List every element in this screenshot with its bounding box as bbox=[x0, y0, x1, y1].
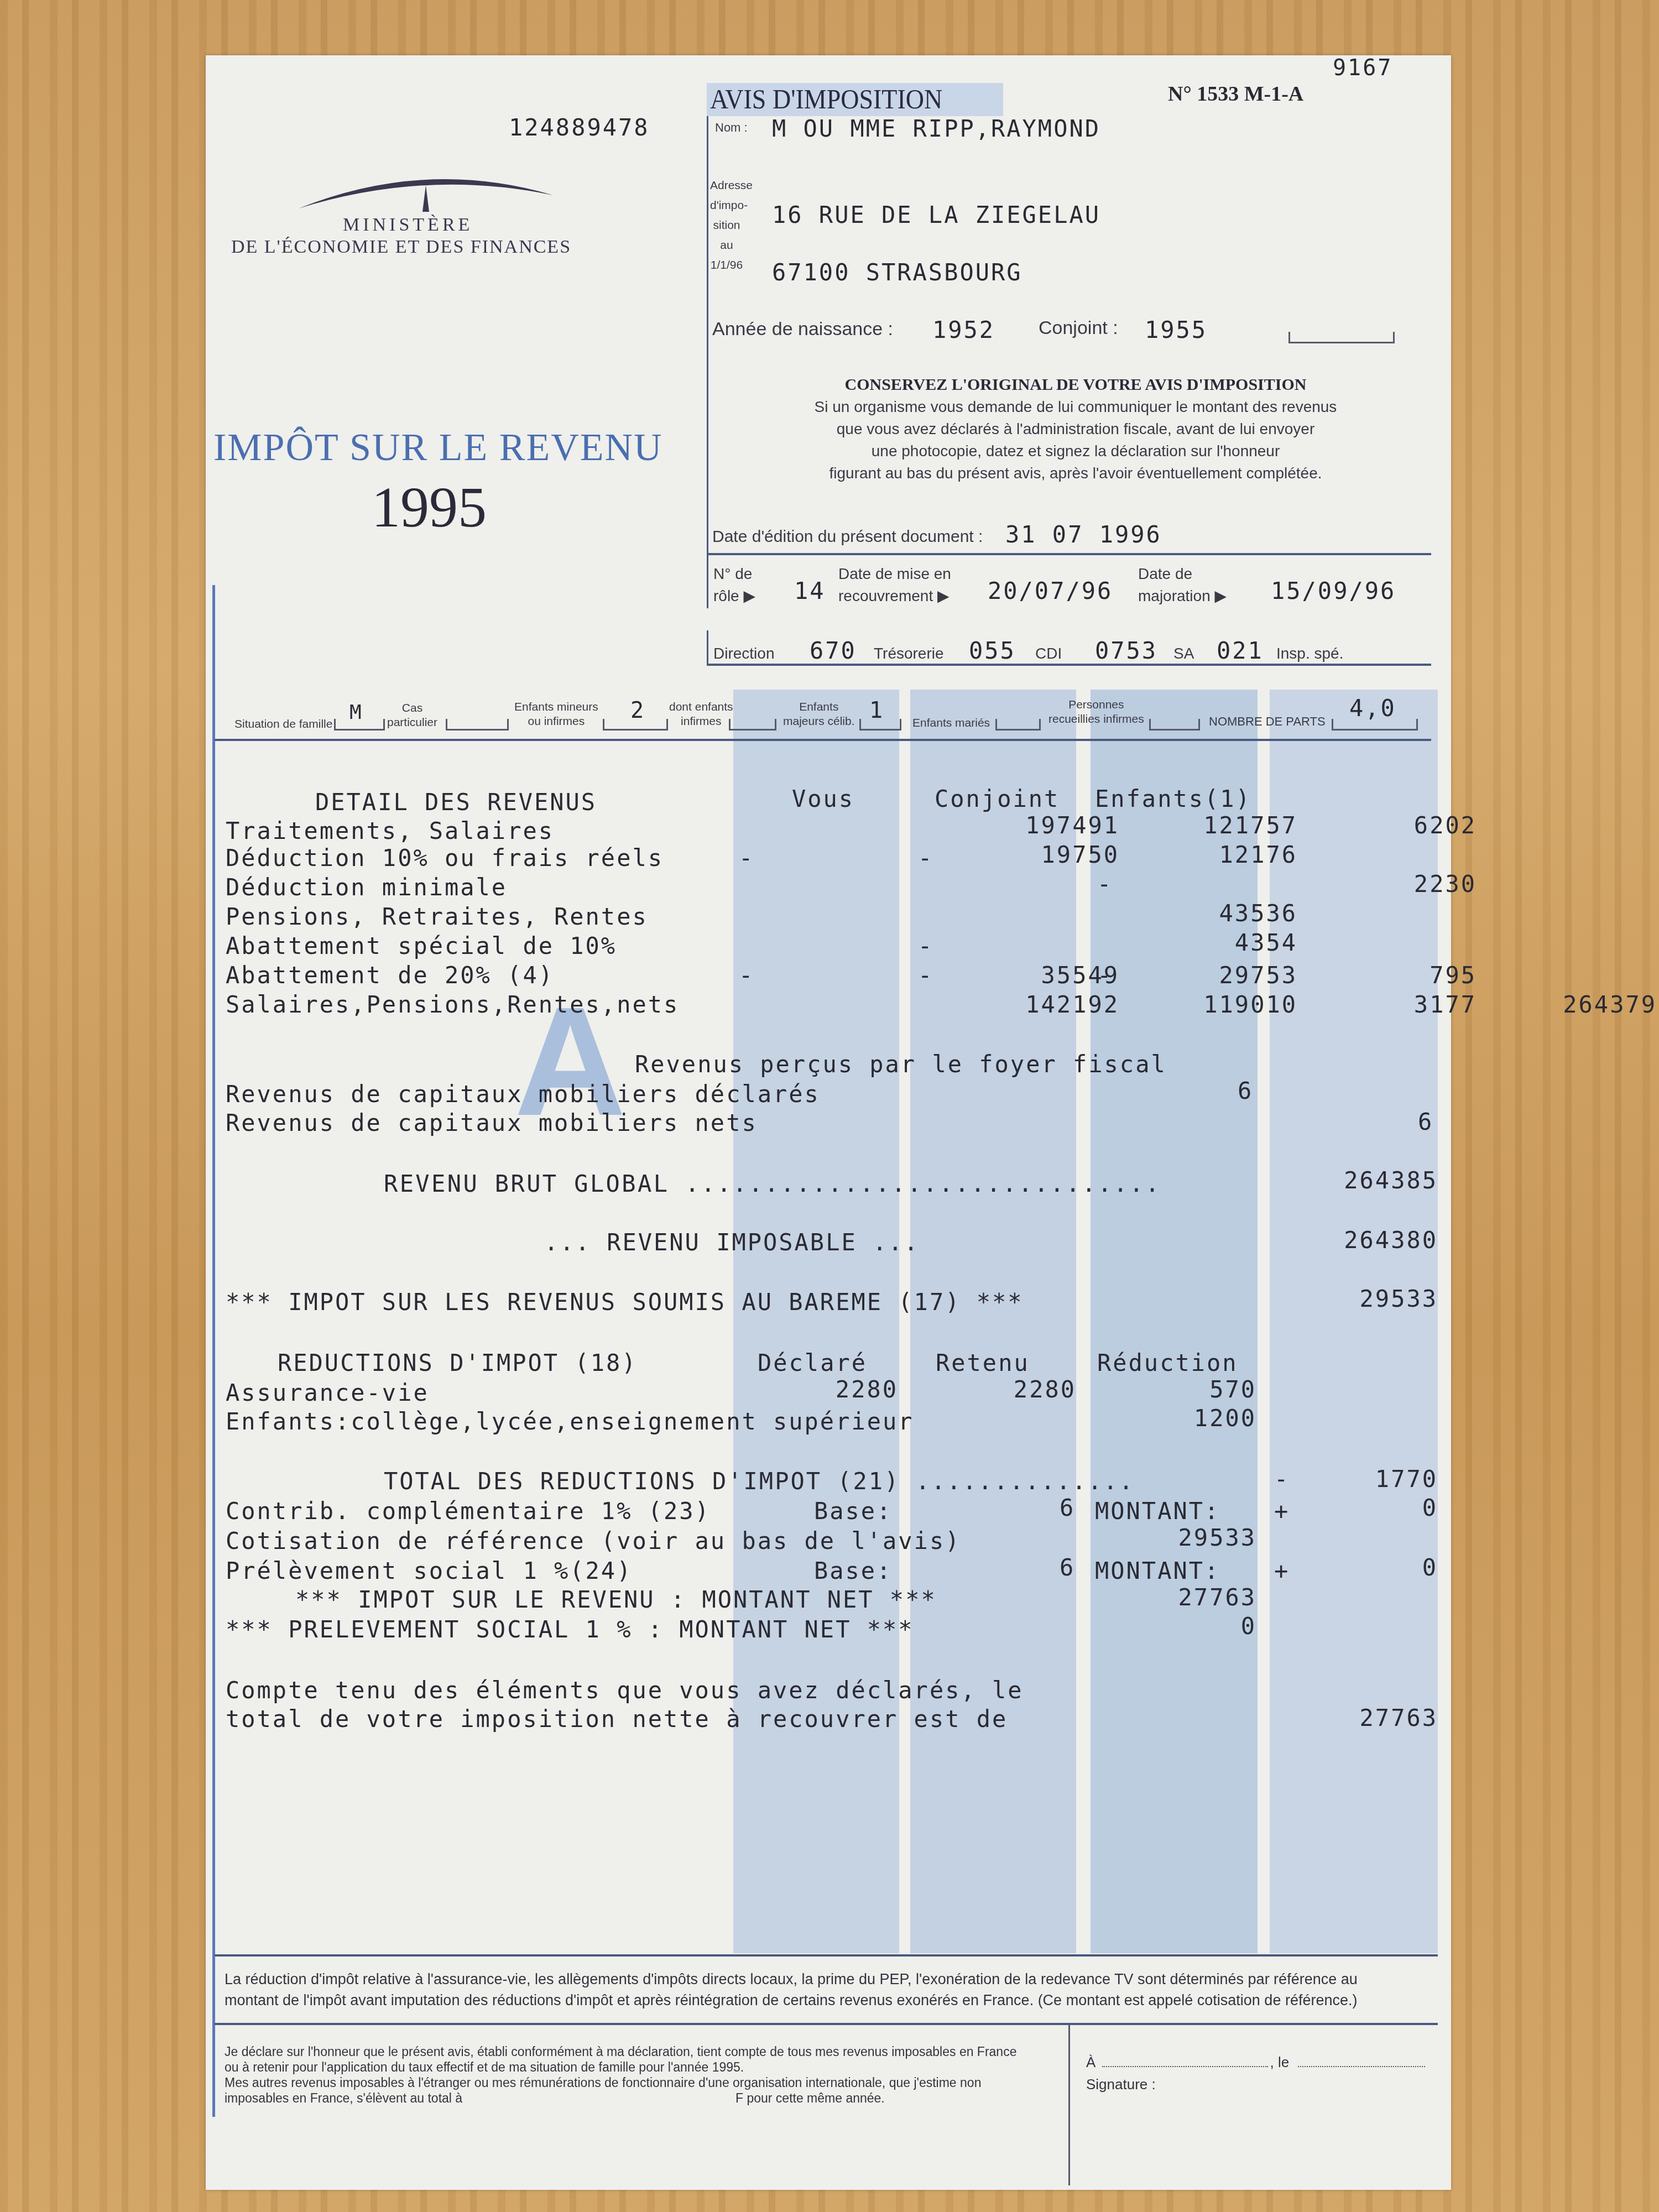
tresorerie-label: Trésorerie bbox=[874, 645, 944, 662]
table-row: Abattement spécial de 10% - 4354 bbox=[226, 932, 1442, 962]
row-vous: 197491 bbox=[1025, 812, 1119, 839]
address-label-line: 1/1/96 bbox=[710, 255, 743, 275]
situation-label: Situation de famille bbox=[234, 718, 332, 731]
tax-year: 1995 bbox=[372, 474, 487, 540]
majoration-label-line: majoration ▶ bbox=[1138, 585, 1227, 607]
tax-title: IMPÔT SUR LE REVENU bbox=[213, 426, 663, 470]
recouvrement-label: Date de mise en recouvrement ▶ bbox=[838, 563, 951, 607]
parts-label: NOMBRE DE PARTS bbox=[1209, 714, 1326, 729]
table-row: Déduction minimale - 2230 bbox=[226, 874, 1442, 903]
contrib-base-value: 6 bbox=[1060, 1494, 1075, 1521]
reduction-row-label: Assurance-vie bbox=[226, 1379, 429, 1406]
row-label: Abattement de 20% (4) bbox=[226, 962, 554, 989]
summary-line2: total de votre imposition nette à recouv… bbox=[226, 1705, 1008, 1733]
rcm-declares-value: 6 bbox=[1238, 1077, 1253, 1104]
family-row-bottom-rule bbox=[215, 739, 1431, 741]
col-header-conjoint: Conjoint bbox=[935, 785, 1060, 812]
cas-label-line: particulier bbox=[387, 716, 437, 730]
prelev-montant-value: 0 bbox=[1422, 1554, 1438, 1581]
declaration-block: Je déclare sur l'honneur que le présent … bbox=[225, 2044, 1016, 2106]
net-ir-value: 27763 bbox=[1178, 1584, 1256, 1611]
row-enfants: 6202 bbox=[1414, 812, 1477, 839]
col-header-declare: Déclaré bbox=[758, 1349, 867, 1376]
personnes-label: Personnes recueillies infirmes bbox=[1048, 698, 1144, 727]
address-label-line: au bbox=[710, 236, 743, 255]
reference-number: 124889478 bbox=[509, 114, 650, 141]
recouvrement-date: 20/07/96 bbox=[988, 577, 1113, 604]
declaration-tail: F pour cette même année. bbox=[735, 2090, 885, 2106]
revenus-title: DETAIL DES REVENUS bbox=[315, 789, 597, 816]
majeurs-label-line: majeurs célib. bbox=[783, 714, 855, 729]
revenus-table: Traitements, Salaires 197491 121757 6202… bbox=[226, 815, 1442, 1020]
footer-top-rule bbox=[215, 1954, 1438, 1957]
row-sign-vous: - bbox=[739, 844, 754, 872]
contrib-label: Contrib. complémentaire 1% (23) bbox=[226, 1498, 711, 1525]
edition-label: Date d'édition du présent document : bbox=[712, 528, 983, 546]
table-row: Déduction 10% ou frais réels - 19750 - 1… bbox=[226, 844, 1442, 874]
doc-title: AVIS D'IMPOSITION bbox=[710, 83, 942, 115]
edition-date: 31 07 1996 bbox=[1005, 521, 1162, 548]
declaration-line: Mes autres revenus imposables à l'étrang… bbox=[225, 2075, 1016, 2090]
dont-label-line: infirmes bbox=[669, 714, 733, 729]
row-enfants: 795 bbox=[1430, 962, 1477, 989]
ministry-line2: DE L'ÉCONOMIE ET DES FINANCES bbox=[231, 237, 571, 258]
spouse-label: Conjoint : bbox=[1039, 317, 1118, 339]
row-label: Pensions, Retraites, Rentes bbox=[226, 903, 648, 930]
row-enfants: 2230 bbox=[1414, 870, 1477, 898]
row-conjoint: 121757 bbox=[1203, 812, 1297, 839]
row-conjoint: 43536 bbox=[1219, 900, 1297, 927]
contrib-montant-label: MONTANT: bbox=[1095, 1498, 1220, 1525]
maries-field bbox=[995, 719, 1041, 731]
row-conjoint: 12176 bbox=[1219, 841, 1297, 868]
notice-line: figurant au bas du présent avis, après l… bbox=[713, 462, 1438, 484]
prelev-sign: + bbox=[1274, 1557, 1290, 1584]
row-sign-conjoint: - bbox=[918, 962, 933, 989]
address-box-left-border bbox=[707, 116, 708, 559]
personnes-label-line: recueillies infirmes bbox=[1048, 712, 1144, 727]
signature-field[interactable] bbox=[1086, 2096, 1429, 2179]
notice-line: Si un organisme vous demande de lui comm… bbox=[713, 396, 1438, 418]
col-header-reduction: Réduction bbox=[1097, 1349, 1238, 1376]
net-ps-value: 0 bbox=[1241, 1613, 1256, 1640]
maries-label: Enfants mariés bbox=[912, 717, 990, 730]
top-number: 9167 bbox=[1333, 55, 1392, 81]
total-reductions-value: 1770 bbox=[1375, 1465, 1438, 1493]
ministry-line1: MINISTÈRE bbox=[343, 215, 473, 236]
role-label: N° de rôle ▶ bbox=[713, 563, 755, 607]
row-sign-vous: - bbox=[739, 962, 754, 989]
row-label: Salaires,Pensions,Rentes,nets bbox=[226, 991, 679, 1018]
row-sign-enfants: - bbox=[1097, 962, 1113, 989]
ministry-logo-icon bbox=[293, 169, 559, 213]
row-enfants: 3177 bbox=[1414, 991, 1477, 1018]
place-field[interactable] bbox=[1102, 2066, 1268, 2067]
notice-line: que vous avez déclarés à l'administratio… bbox=[713, 418, 1438, 440]
a-label: À bbox=[1086, 2054, 1095, 2070]
left-margin-rule bbox=[212, 585, 215, 2117]
cdi-value: 0753 bbox=[1095, 637, 1157, 664]
col-header-retenu: Retenu bbox=[936, 1349, 1030, 1376]
majeurs-label: Enfants majeurs célib. bbox=[783, 700, 855, 729]
declaration-line: ou à retenir pour l'application du taux … bbox=[225, 2059, 1016, 2075]
contrib-base-label: Base: bbox=[814, 1498, 892, 1525]
address-label-line: sition bbox=[710, 216, 743, 236]
cdi-label: CDI bbox=[1035, 645, 1062, 662]
rcm-declares-label: Revenus de capitaux mobiliers déclarés bbox=[226, 1081, 820, 1108]
signature-label: Signature : bbox=[1086, 2076, 1156, 2093]
row-sign-enfants: - bbox=[1097, 870, 1113, 898]
notice-title: CONSERVEZ L'ORIGINAL DE VOTRE AVIS D'IMP… bbox=[713, 374, 1438, 396]
personnes-field bbox=[1149, 719, 1200, 731]
summary-line1: Compte tenu des éléments que vous avez d… bbox=[226, 1677, 1024, 1704]
reference-note: La réduction d'impôt relative à l'assura… bbox=[225, 1969, 1358, 2011]
tresorerie-value: 055 bbox=[969, 637, 1016, 664]
role-row-left-border bbox=[707, 559, 708, 608]
nom-label: Nom : bbox=[715, 121, 748, 135]
row-conjoint: 4354 bbox=[1235, 929, 1297, 956]
birth-label: Année de naissance : bbox=[712, 319, 893, 340]
total-reductions-sign: - bbox=[1274, 1465, 1290, 1493]
cas-label: Cas particulier bbox=[387, 701, 437, 730]
direction-label: Direction bbox=[713, 645, 774, 662]
table-row: Traitements, Salaires 197491 121757 6202 bbox=[226, 815, 1442, 844]
revenu-brut-value: 264385 bbox=[1344, 1167, 1438, 1194]
dont-label: dont enfants infirmes bbox=[669, 700, 733, 729]
table-row: Pensions, Retraites, Rentes 43536 bbox=[226, 903, 1442, 932]
dont-field bbox=[729, 719, 776, 731]
reductions-title: REDUCTIONS D'IMPOT (18) bbox=[278, 1349, 638, 1376]
address-label-line: d'impo- bbox=[710, 196, 743, 216]
row-total: 264379 bbox=[1563, 991, 1657, 1018]
parts-value: 4,0 bbox=[1349, 695, 1396, 722]
prelev-montant-label: MONTANT: bbox=[1095, 1557, 1220, 1584]
row-label: Abattement spécial de 10% bbox=[226, 932, 617, 959]
cas-label-line: Cas bbox=[387, 701, 437, 716]
contrib-montant-value: 0 bbox=[1422, 1494, 1438, 1521]
form-number: N° 1533 M-1-A bbox=[1168, 82, 1303, 106]
prelev-base-value: 6 bbox=[1060, 1554, 1075, 1581]
reduction-row-reduction: 570 bbox=[1209, 1376, 1256, 1403]
row-sign-conjoint: - bbox=[918, 932, 933, 959]
bareme-value: 29533 bbox=[1360, 1285, 1438, 1312]
birth-year: 1952 bbox=[932, 316, 995, 343]
summary-total: 27763 bbox=[1360, 1704, 1438, 1731]
row-sign-conjoint: - bbox=[918, 844, 933, 872]
cotisation-value: 29533 bbox=[1178, 1524, 1256, 1551]
row-label: Déduction 10% ou frais réels bbox=[226, 844, 664, 872]
table-row: Abattement de 20% (4) - 35549 - 29753 - … bbox=[226, 962, 1442, 991]
declaration-line: imposables en France, s'élèvent au total… bbox=[225, 2091, 462, 2105]
net-ps-label: *** PRELEVEMENT SOCIAL 1 % : MONTANT NET… bbox=[226, 1616, 914, 1643]
reduction-row-reduction: 1200 bbox=[1194, 1405, 1256, 1432]
notice-line: une photocopie, datez et signez la décla… bbox=[713, 440, 1438, 462]
address-line2: 67100 STRASBOURG bbox=[772, 259, 1022, 286]
reference-note-line: montant de l'impôt avant imputation des … bbox=[225, 1990, 1358, 2011]
row-vous: 19750 bbox=[1041, 841, 1119, 868]
role-label-line: rôle ▶ bbox=[713, 585, 755, 607]
signature-place-row: À , le bbox=[1086, 2054, 1425, 2071]
address-box-bottom-border bbox=[707, 553, 1431, 555]
row-label: Traitements, Salaires bbox=[226, 817, 554, 844]
recouvrement-label-line: recouvrement ▶ bbox=[838, 585, 951, 607]
reduction-row-declare: 2280 bbox=[836, 1376, 898, 1403]
cas-field bbox=[446, 719, 509, 731]
spouse-year: 1955 bbox=[1145, 316, 1207, 343]
table-row: Salaires,Pensions,Rentes,nets 142192 119… bbox=[226, 991, 1442, 1020]
majoration-date: 15/09/96 bbox=[1271, 577, 1396, 604]
direction-row-left-border bbox=[707, 630, 708, 665]
row-conjoint: 119010 bbox=[1203, 991, 1297, 1018]
contrib-sign: + bbox=[1274, 1498, 1290, 1525]
declaration-line: Je déclare sur l'honneur que le présent … bbox=[225, 2044, 1016, 2059]
declaration-last-line: imposables en France, s'élèvent au total… bbox=[225, 2090, 1016, 2106]
foyer-title: Revenus perçus par le foyer fiscal bbox=[635, 1051, 1167, 1078]
mineurs-label-line: ou infirmes bbox=[514, 714, 598, 729]
direction-value: 670 bbox=[810, 637, 857, 664]
footer-mid-rule bbox=[215, 2023, 1438, 2025]
situation-value: M bbox=[349, 701, 363, 724]
date-field[interactable] bbox=[1298, 2066, 1425, 2067]
row-conjoint: 29753 bbox=[1219, 962, 1297, 989]
address-label-line: Adresse bbox=[710, 176, 743, 196]
reference-note-line: La réduction d'impôt relative à l'assura… bbox=[225, 1969, 1358, 1990]
mineurs-label-line: Enfants mineurs bbox=[514, 700, 598, 714]
revenu-brut-label: REVENU BRUT GLOBAL .....................… bbox=[384, 1170, 1161, 1197]
total-reductions-label: TOTAL DES REDUCTIONS D'IMPOT (21) ......… bbox=[384, 1468, 1135, 1495]
prelev-base-label: Base: bbox=[814, 1557, 892, 1584]
signature-divider bbox=[1068, 2025, 1070, 2185]
row-vous: 142192 bbox=[1025, 991, 1119, 1018]
reduction-row-label: Enfants:collège,lycée,enseignement supér… bbox=[226, 1408, 914, 1435]
role-label-line: N° de bbox=[713, 563, 755, 585]
spouse-extra-field[interactable] bbox=[1288, 332, 1395, 343]
role-value: 14 bbox=[794, 577, 826, 604]
recouvrement-label-line: Date de mise en bbox=[838, 563, 951, 585]
revenu-imposable-value: 264380 bbox=[1344, 1227, 1438, 1254]
cotisation-label: Cotisation de référence (voir au bas de … bbox=[226, 1527, 961, 1554]
net-ir-label: *** IMPOT SUR LE REVENU : MONTANT NET **… bbox=[295, 1586, 937, 1613]
rcm-nets-label: Revenus de capitaux mobiliers nets bbox=[226, 1109, 758, 1136]
insp-label: Insp. spé. bbox=[1276, 645, 1343, 662]
address-line1: 16 RUE DE LA ZIEGELAU bbox=[772, 201, 1100, 228]
rcm-nets-value: 6 bbox=[1418, 1108, 1433, 1135]
bareme-label: *** IMPOT SUR LES REVENUS SOUMIS AU BARE… bbox=[226, 1288, 1024, 1316]
prelev-label: Prélèvement social 1 %(24) bbox=[226, 1557, 632, 1584]
reduction-row-retenu: 2280 bbox=[1014, 1376, 1076, 1403]
dont-label-line: dont enfants bbox=[669, 700, 733, 714]
mineurs-label: Enfants mineurs ou infirmes bbox=[514, 700, 598, 729]
majoration-label: Date de majoration ▶ bbox=[1138, 563, 1227, 607]
sa-label: SA bbox=[1173, 645, 1194, 662]
le-label: , le bbox=[1270, 2054, 1290, 2070]
taxpayer-name: M OU MME RIPP,RAYMOND bbox=[772, 115, 1100, 142]
majeurs-label-line: Enfants bbox=[783, 700, 855, 714]
row-label: Déduction minimale bbox=[226, 874, 507, 901]
address-label: Adresse d'impo- sition au 1/1/96 bbox=[710, 176, 743, 275]
col-header-enfants: Enfants(1) bbox=[1095, 785, 1251, 812]
col-header-vous: Vous bbox=[792, 785, 854, 812]
majoration-label-line: Date de bbox=[1138, 563, 1227, 585]
notice-block: CONSERVEZ L'ORIGINAL DE VOTRE AVIS D'IMP… bbox=[713, 374, 1438, 484]
mineurs-value: 2 bbox=[630, 698, 645, 723]
majeurs-value: 1 bbox=[869, 698, 884, 723]
sa-value: 021 bbox=[1217, 637, 1264, 664]
personnes-label-line: Personnes bbox=[1048, 698, 1144, 712]
revenu-imposable-label: ... REVENU IMPOSABLE ... bbox=[544, 1229, 920, 1256]
